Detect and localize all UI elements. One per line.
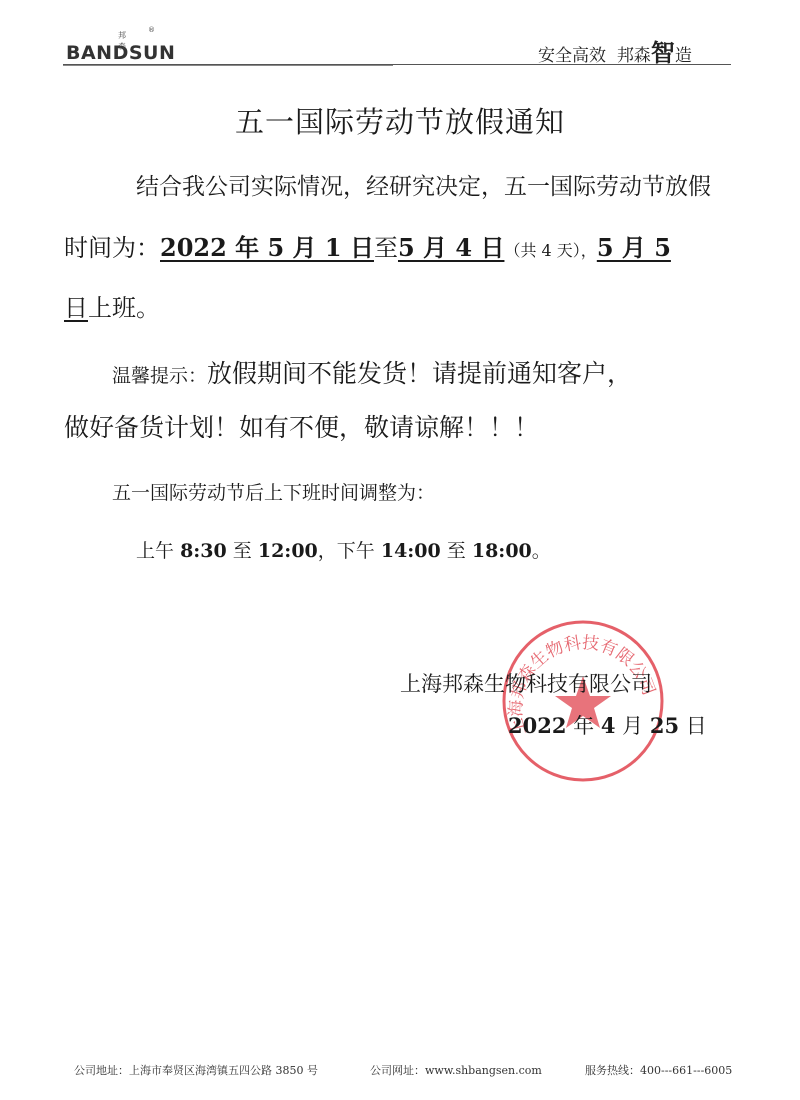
paragraph-intro: 结合我公司实际情况，经研究决定，五一国际劳动节放假 (136, 168, 711, 201)
slogan-part2: 邦森 (617, 46, 651, 66)
resume-date-part1: 5 月 5 (597, 233, 671, 262)
signature-date: 2022 年 4 月 25 日 (508, 710, 707, 740)
resume-date-part2: 日 (64, 294, 88, 322)
work-schedule: 上午 8:30 至 12:00，下午 14:00 至 18:00。 (136, 536, 551, 563)
date-month-label: 月 (622, 714, 643, 738)
document-title: 五一国际劳动节放假通知 (0, 100, 800, 141)
footer-hotline: 服务热线：400---661---6005 (585, 1062, 732, 1078)
logo-chinese: 邦森 (118, 30, 126, 52)
company-signature: 上海邦森生物科技有限公司 (400, 668, 652, 698)
company-seal-icon: 上海邦森生物科技有限公司 (500, 618, 666, 784)
pm-end: 18:00 (472, 540, 532, 562)
duration: （共 4 天）， (504, 241, 596, 260)
paragraph-holiday-dates: 时间为：2022 年 5 月 1 日至5 月 4 日（共 4 天），5 月 5 (64, 228, 671, 263)
registered-mark-icon: ® (148, 26, 155, 34)
date-year: 2022 (508, 713, 566, 738)
date-day-label: 日 (686, 714, 707, 738)
pm-label: 下午 (337, 540, 375, 562)
date-year-label: 年 (573, 714, 594, 738)
notice-line1: 放假期间不能发货！请提前通知客户， (207, 359, 632, 388)
to-text: 至 (447, 540, 466, 562)
separator: ， (318, 540, 337, 562)
pm-start: 14:00 (381, 540, 441, 562)
slogan: 安全高效 邦森智造 (538, 33, 692, 68)
am-label: 上午 (136, 540, 174, 562)
schedule-intro: 五一国际劳动节后上下班时间调整为： (112, 478, 435, 505)
notice-line2: 做好备货计划！如有不便，敬请谅解！！！ (64, 408, 539, 444)
date-day: 25 (650, 713, 679, 738)
am-start: 8:30 (180, 540, 227, 562)
slogan-part1: 安全高效 (538, 46, 606, 66)
paragraph-notice: 温馨提示：放假期间不能发货！请提前通知客户， (112, 354, 632, 390)
start-date: 2022 年 5 月 1 日 (160, 233, 374, 262)
footer-address: 公司地址：上海市奉贤区海湾镇五四公路 3850 号 (74, 1062, 318, 1078)
period: 。 (532, 540, 551, 562)
slogan-emphasis: 智 (651, 38, 675, 67)
paragraph-resume: 日上班。 (64, 288, 160, 323)
resume-suffix: 上班。 (88, 294, 160, 322)
dates-prefix: 时间为： (64, 234, 160, 262)
slogan-part3: 造 (675, 46, 692, 66)
to-text: 至 (374, 234, 398, 262)
header-divider-shade (63, 65, 393, 66)
date-month: 4 (601, 713, 616, 738)
end-date: 5 月 4 日 (398, 233, 504, 262)
notice-lead: 温馨提示： (112, 365, 207, 387)
am-end: 12:00 (258, 540, 318, 562)
footer-website: 公司网址：www.shbangsen.com (370, 1062, 542, 1078)
to-text: 至 (233, 540, 252, 562)
